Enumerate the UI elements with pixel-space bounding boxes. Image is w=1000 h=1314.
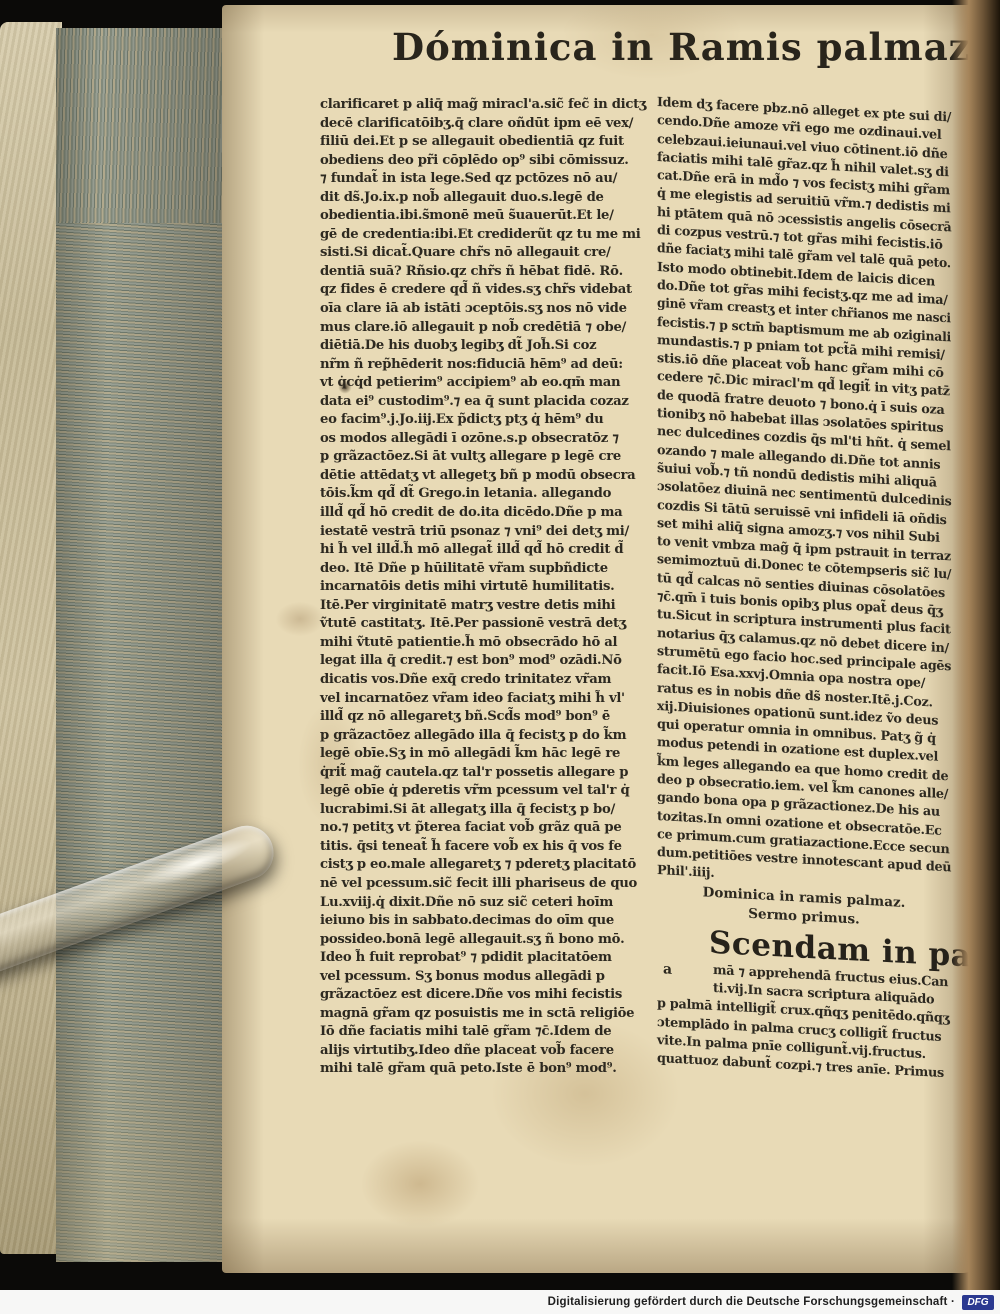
text-line: Iō dñe faciatis mihi talē gr̃am ⁊c̄.Idem… xyxy=(320,1023,656,1042)
text-line: decē clarificatōibʒ.q̄ clare oñdūt ipm e… xyxy=(320,115,656,134)
text-line: p grãzactōez.Si āt vultʒ allegare p legē… xyxy=(320,448,656,467)
guide-letter: a xyxy=(663,961,672,977)
page-heading: Dóminica in Ramis palmaz xyxy=(392,25,952,69)
text-line: dit ds̃.Jo.ix.p nob̃ allegauit duo.s.leg… xyxy=(320,189,656,208)
text-line: q̇rit̃ mag̃ cautela.qz tal'r possetis al… xyxy=(320,764,656,783)
text-line: Lu.xviij.q̇ dixit.Dñe nō suz sic̃ ceteri… xyxy=(320,894,656,913)
right-column-lines: Idem dʒ facere pbz.nō alleget ex pte sui… xyxy=(657,94,951,896)
text-line: deo. Itē Dñe p hūilitatē vr̃am supbñdict… xyxy=(320,560,656,579)
text-line: iestatē vestrā triū psonaz ⁊ vni⁹ dei de… xyxy=(320,523,656,542)
page-curve-edge xyxy=(952,0,1000,1290)
text-line: incarnatōis detis mihi virtutē humilitat… xyxy=(320,578,656,597)
text-line: oīa clare iā ab istāti ɔceptōis.sʒ nos n… xyxy=(320,300,656,319)
text-line: magnā gr̃am qz posuistis me in sctā reli… xyxy=(320,1005,656,1024)
page-edges-top xyxy=(56,28,228,223)
text-column-left: clarificaret p aliq̄ mag̃ miracl'a.sic̃ … xyxy=(320,96,656,1079)
text-line: dētie attēdatʒ vt allegetʒ bñ p modū obs… xyxy=(320,467,656,486)
text-line: ⁊ fundat̃ in ista lege.Sed qz pctōzes nō… xyxy=(320,170,656,189)
text-line: mihi talē gr̃am quā peto.Iste ē bon⁹ mod… xyxy=(320,1060,656,1079)
digitization-credit-bar: Digitalisierung gefördert durch die Deut… xyxy=(0,1290,1000,1314)
text-line: vel pcessum. Sʒ bonus modus allegādi p xyxy=(320,968,656,987)
dfg-logo: DFG xyxy=(962,1295,994,1310)
text-line: ieiuno bis in sabbato.decimas do oīm que xyxy=(320,912,656,931)
digitization-credit: Digitalisierung gefördert durch die Deut… xyxy=(548,1296,955,1308)
text-line: obediens deo pr̃i cōplēdo op⁹ sibi cōmis… xyxy=(320,152,656,171)
text-line: no.⁊ petitʒ vt p̃terea faciat vob̃ grãz … xyxy=(320,819,656,838)
text-line: qz fides ē credere qd̃ ñ vides.sʒ chr̃s … xyxy=(320,281,656,300)
text-line: lucrabimi.Si āt allegatʒ illa q̄ fecistʒ… xyxy=(320,801,656,820)
text-line: dicatis vos.Dñe exq̄ credo trinitatez vr… xyxy=(320,671,656,690)
text-line: Ideo h̃ fuit reprobat⁹ ⁊ pdidit placitat… xyxy=(320,949,656,968)
text-line: possideo.bonā legē allegauit.sʒ ñ bono m… xyxy=(320,931,656,950)
text-line: eo facim⁹.j.Jo.iij.Ex p̃dictʒ ptʒ q̇ hēm… xyxy=(320,411,656,430)
text-line: dentiā suā? Rñsio.qz chr̃s ñ hēbat fidē.… xyxy=(320,263,656,282)
text-line: titis. q̄si teneat̃ h̃ facere vob̃ ex hi… xyxy=(320,838,656,857)
text-line: mus clare.iō allegauit p nob̃ credētiā ⁊… xyxy=(320,319,656,338)
text-line: illd̃ qd̃ hō credit de do.ita dicēdo.Dñe… xyxy=(320,504,656,523)
page-edges-side xyxy=(56,223,228,1262)
book-scan: Dóminica in Ramis palmaz clarificaret p … xyxy=(0,0,1000,1314)
text-line: diētiā.De his duobʒ legibʒ dt̃ Joh̃.Si c… xyxy=(320,337,656,356)
text-column-right: Idem dʒ facere pbz.nō alleget ex pte sui… xyxy=(657,94,951,1084)
text-line: nr̃m ñ rep̃hēderit nos:fiduciā hēm⁹ ad d… xyxy=(320,356,656,375)
column-tail-lines: p palmā intelligit̃ crux.qñqʒ penitēdo.q… xyxy=(657,995,951,1084)
text-line: obedientia.ibi.s̃monē meū s̃uauerūt.Et l… xyxy=(320,207,656,226)
text-line: p grãzactōez allegādo illa q̄ fecistʒ p … xyxy=(320,727,656,746)
text-line: filiū dei.Et p se allegauit obedientiā q… xyxy=(320,133,656,152)
text-line: grãzactōez est dicere.Dñe vos mihi fecis… xyxy=(320,986,656,1005)
text-line: ṽtutē castitatʒ. Itē.Per passionē vestrā… xyxy=(320,615,656,634)
text-line: nē vel pcessum.sic̃ fecit illi phariseus… xyxy=(320,875,656,894)
text-line: legē obīe.Sʒ in mō allegādi k̃m hāc legē… xyxy=(320,745,656,764)
text-line: legat illa q̄ credit.⁊ est bon⁹ mod⁹ ozā… xyxy=(320,652,656,671)
text-line: sisti.Si dicat̃.Quare chr̃s nō allegauit… xyxy=(320,244,656,263)
book-page-edges xyxy=(56,28,228,1262)
text-line: legē obīe q̇ pderetis vr̃m pcessum vel t… xyxy=(320,782,656,801)
text-line: os modos allegādi ī ozōne.s.p obsecratōz… xyxy=(320,430,656,449)
book-page: Dóminica in Ramis palmaz clarificaret p … xyxy=(222,5,978,1273)
text-line: vt q̇cq̇d petierim⁹ accipiem⁹ ab eo.qm̄ … xyxy=(320,374,656,393)
text-line: mihi ṽtutē patientie.h̃ mō obsecrādo hō … xyxy=(320,634,656,653)
text-line: Itē.Per virginitatē matrʒ vestre detis m… xyxy=(320,597,656,616)
text-line: vel incarnatōez vr̃am ideo faciatʒ mihi … xyxy=(320,690,656,709)
text-line: data ei⁹ custodim⁹.⁊ ea q̄ sunt placida … xyxy=(320,393,656,412)
text-line: cistʒ p eo.male allegaretʒ ⁊ pderetʒ pla… xyxy=(320,856,656,875)
text-line: clarificaret p aliq̄ mag̃ miracl'a.sic̃ … xyxy=(320,96,656,115)
text-line: hi h̃ vel illd̃.h̃ mō allegat̃ illd̃ qd̃… xyxy=(320,541,656,560)
text-line: tōis.k̃m qd̃ dt̃ Grego.in letania. alleg… xyxy=(320,485,656,504)
book-cover-edge xyxy=(0,22,62,1254)
text-line: illd̃ qz nō allegaretʒ bñ.Scd̃s mod⁹ bon… xyxy=(320,708,656,727)
text-line: gē de credentia:ibi.Et crediderũt qz tu … xyxy=(320,226,656,245)
text-line: alijs virtutibʒ.Ideo dñe placeat vob̃ fa… xyxy=(320,1042,656,1061)
